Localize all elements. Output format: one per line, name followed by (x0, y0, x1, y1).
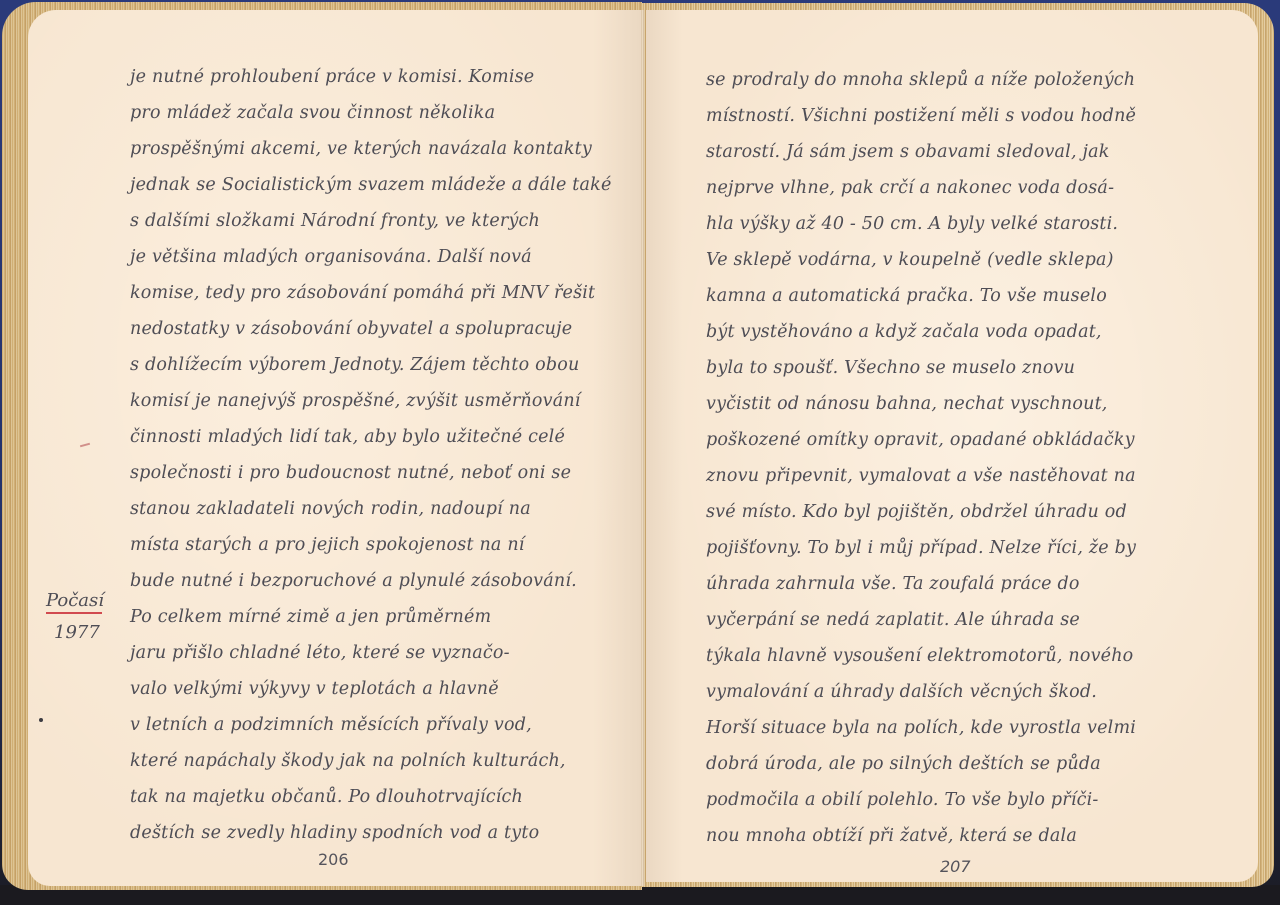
text-line: je nutné prohloubení práce v komisi. Kom… (130, 62, 534, 92)
margin-dot (39, 718, 43, 722)
text-line: deštích se zvedly hladiny spodních vod a… (130, 818, 539, 848)
text-line: kamna a automatická pračka. To vše musel… (706, 281, 1107, 311)
text-line: komisí je nanejvýš prospěšné, zvýšit usm… (130, 386, 581, 416)
text-line: vymalování a úhrady dalších věcných škod… (706, 677, 1097, 707)
text-line: se prodraly do mnoha sklepů a níže polož… (706, 65, 1135, 95)
text-line: místa starých a pro jejich spokojenost n… (130, 530, 525, 560)
text-line: být vystěhováno a když začala voda opada… (706, 317, 1102, 347)
text-line: vyčistit od nánosu bahna, nechat vyschno… (706, 389, 1108, 419)
text-line: pro mládež začala svou činnost několika (130, 98, 495, 128)
page-number-right: 207 (940, 857, 971, 876)
text-line: pojišťovny. To byl i můj případ. Nelze ř… (706, 533, 1136, 563)
text-line: hla výšky až 40 - 50 cm. A byly velké st… (706, 209, 1118, 239)
text-line: úhrada zahrnula vše. Ta zoufalá práce do (706, 569, 1080, 599)
margin-note-title: Počasí (46, 590, 102, 614)
text-line: týkala hlavně vysoušení elektromotorů, n… (706, 641, 1133, 671)
text-line: vyčerpání se nedá zaplatit. Ale úhrada s… (706, 605, 1080, 635)
book-spine-gutter (641, 10, 644, 886)
text-line: byla to spoušť. Všechno se muselo znovu (706, 353, 1075, 383)
text-line: Ve sklepě vodárna, v koupelně (vedle skl… (706, 245, 1114, 275)
text-line: prospěšnými akcemi, ve kterých navázala … (130, 134, 592, 164)
page-number-left: 206 (318, 850, 349, 869)
margin-note: Počasí 1977 (46, 590, 102, 643)
text-line: jaru přišlo chladné léto, které se vyzna… (130, 638, 510, 668)
text-line: podmočila a obilí polehlo. To vše bylo p… (706, 785, 1099, 815)
text-line: s dalšími složkami Národní fronty, ve kt… (130, 206, 540, 236)
text-line: místností. Všichni postižení měli s vodo… (706, 101, 1136, 131)
text-line: starostí. Já sám jsem s obavami sledoval… (706, 137, 1110, 167)
text-line: společnosti i pro budoucnost nutné, nebo… (130, 458, 571, 488)
text-line: znovu připevnit, vymalovat a vše nastěho… (706, 461, 1136, 491)
text-line: nou mnoha obtíží při žatvě, která se dal… (706, 821, 1077, 851)
text-line: nejprve vlhne, pak crčí a nakonec voda d… (706, 173, 1114, 203)
text-line: Po celkem mírné zimě a jen průměrném (130, 602, 491, 632)
text-line: které napáchaly škody jak na polních kul… (130, 746, 566, 776)
text-line: komise, tedy pro zásobování pomáhá při M… (130, 278, 595, 308)
text-line: valo velkými výkyvy v teplotách a hlavně (130, 674, 499, 704)
text-line: činnosti mladých lidí tak, aby bylo užit… (130, 422, 565, 452)
text-line: jednak se Socialistickým svazem mládeže … (130, 170, 612, 200)
text-line: své místo. Kdo byl pojištěn, obdržel úhr… (706, 497, 1127, 527)
text-line: s dohlížecím výborem Jednoty. Zájem těch… (130, 350, 579, 380)
text-line: nedostatky v zásobování obyvatel a spolu… (130, 314, 572, 344)
text-line: je většina mladých organisována. Další n… (130, 242, 532, 272)
margin-note-year: 1977 (54, 622, 102, 643)
text-line: Horší situace byla na polích, kde vyrost… (706, 713, 1136, 743)
text-line: dobrá úroda, ale po silných deštích se p… (706, 749, 1101, 779)
text-line: stanou zakladateli nových rodin, nadoupí… (130, 494, 531, 524)
text-line: tak na majetku občanů. Po dlouhotrvající… (130, 782, 523, 812)
text-line: v letních a podzimních měsících přívaly … (130, 710, 532, 740)
text-line: poškozené omítky opravit, opadané obklád… (706, 425, 1135, 455)
text-line: bude nutné i bezporuchové a plynulé záso… (130, 566, 577, 596)
